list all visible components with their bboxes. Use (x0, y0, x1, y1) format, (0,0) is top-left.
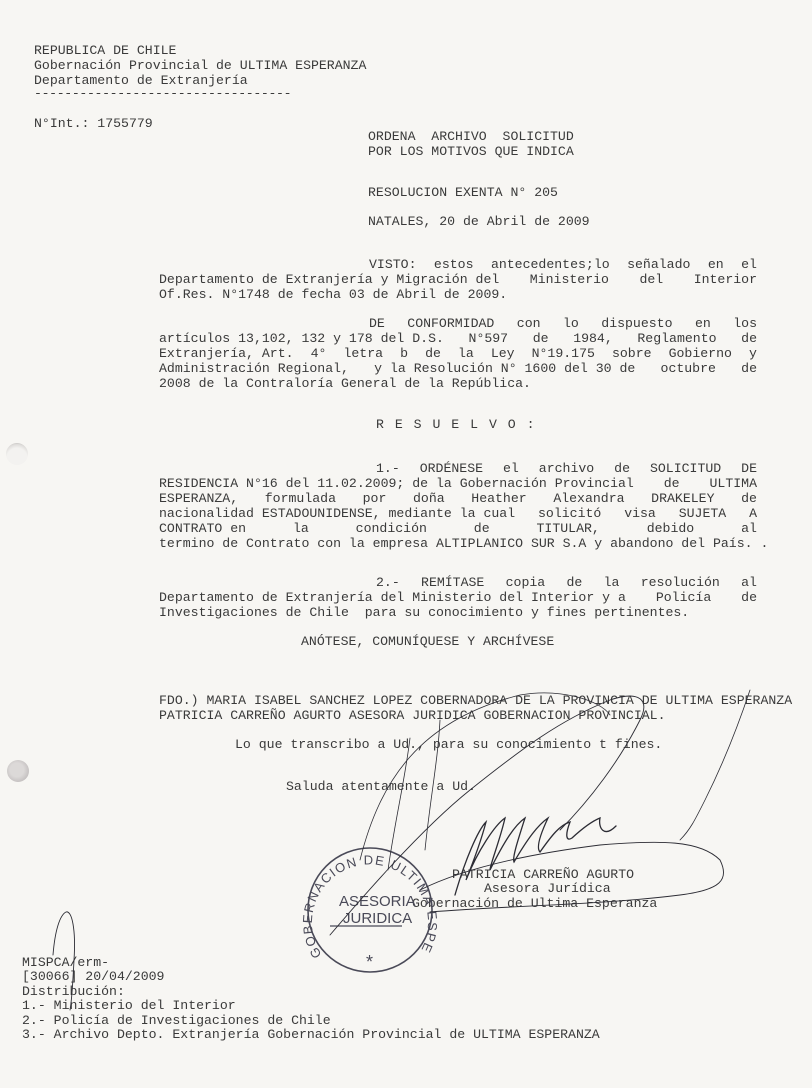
signed-by-line-1: FDO.) MARIA ISABEL SANCHEZ LOPEZ COBERNA… (159, 693, 792, 708)
paragraph-line: 1.-ORDÉNESEelarchivodeSOLICITUDDE (159, 461, 757, 476)
signed-by-line-2: PATRICIA CARREÑO AGURTO ASESORA JURIDICA… (159, 708, 665, 723)
closing-formula: ANÓTESE, COMUNÍQUESE Y ARCHÍVESE (301, 634, 554, 649)
paragraph-line: VISTO:estosantecedentes;loseñaladoenel (159, 257, 757, 272)
punch-hole-top (6, 443, 28, 465)
resolution-title: RESOLUCION EXENTA N° 205 (368, 185, 558, 200)
distribution-item: 1.- Ministerio del Interior (22, 998, 236, 1013)
visto-paragraph: VISTO:estosantecedentes;loseñaladoenelDe… (159, 257, 757, 302)
paragraph-line: Departamento de Extranjería y Migración … (159, 272, 757, 287)
paragraph-line: artículos 13,102, 132 y 178 del D.S.N°59… (159, 331, 757, 346)
letterhead-rule: ---------------------------------- (34, 86, 291, 101)
distribution-item: 2.- Policía de Investigaciones de Chile (22, 1013, 331, 1028)
seal-center-line-2: JURIDICA (343, 910, 412, 927)
paragraph-line: nacionalidad ESTADOUNIDENSE, mediante la… (159, 506, 757, 521)
paragraph-line: termino de Contrato con la empresa ALTIP… (159, 536, 757, 551)
internal-number: N°Int.: 1755779 (34, 116, 153, 131)
letterhead-country: REPUBLICA DE CHILE (34, 43, 176, 58)
transcription-note: Lo que transcribo a Ud., para su conocim… (235, 737, 662, 752)
seal-star-icon: * (366, 952, 373, 972)
signatory-office: Gobernación de Ultima Esperanza (412, 896, 657, 911)
item-1-paragraph: 1.-ORDÉNESEelarchivodeSOLICITUDDERESIDEN… (159, 461, 757, 551)
subject-line-2: POR LOS MOTIVOS QUE INDICA (368, 144, 574, 159)
distribution-label: Distribución: (22, 984, 125, 999)
paragraph-line: Investigaciones de Chile para su conocim… (159, 605, 757, 620)
paragraph-line: ESPERANZA,formuladapordoñaHeatherAlexand… (159, 491, 757, 506)
signatory-name: PATRICIA CARREÑO AGURTO (452, 867, 634, 882)
paragraph-line: Extranjería, Art.4°letrabdelaLeyN°19.175… (159, 346, 757, 361)
resuelvo-heading: R E S U E L V O : (376, 417, 536, 432)
item-2-paragraph: 2.-REMÍTASEcopiadelaresoluciónalDepartam… (159, 575, 757, 620)
reference-number-date: [30066] 20/04/2009 (22, 969, 164, 984)
place-date: NATALES, 20 de Abril de 2009 (368, 214, 590, 229)
punch-hole-bottom (7, 760, 29, 782)
salutation: Saluda atentamente a Ud. (286, 779, 476, 794)
paragraph-line: Of.Res. N°1748 de fecha 03 de Abril de 2… (159, 287, 757, 302)
signatory-role: Asesora Jurídica (484, 881, 611, 896)
paragraph-line: DECONFORMIDADconlodispuestoenlos (159, 316, 757, 331)
paragraph-line: CONTRATO enlacondicióndeTITULAR,debidoal (159, 521, 757, 536)
paragraph-line: 2008 de la Contraloría General de la Rep… (159, 376, 757, 391)
letterhead-office: Gobernación Provincial de ULTIMA ESPERAN… (34, 58, 366, 73)
paragraph-line: RESIDENCIA N°16 del 11.02.2009; de la Go… (159, 476, 757, 491)
distribution-item: 3.- Archivo Depto. Extranjería Gobernaci… (22, 1027, 600, 1042)
subject-line-1: ORDENA ARCHIVO SOLICITUD (368, 129, 574, 144)
reference-initials: MISPCA/erm- (22, 955, 109, 970)
seal-center-line-1: ASESORIA (339, 893, 416, 910)
paragraph-line: 2.-REMÍTASEcopiadelaresoluciónal (159, 575, 757, 590)
paragraph-line: Administración Regional,y la Resolución … (159, 361, 757, 376)
conformidad-paragraph: DECONFORMIDADconlodispuestoenlosartículo… (159, 316, 757, 391)
paragraph-line: Departamento de Extranjería del Minister… (159, 590, 757, 605)
